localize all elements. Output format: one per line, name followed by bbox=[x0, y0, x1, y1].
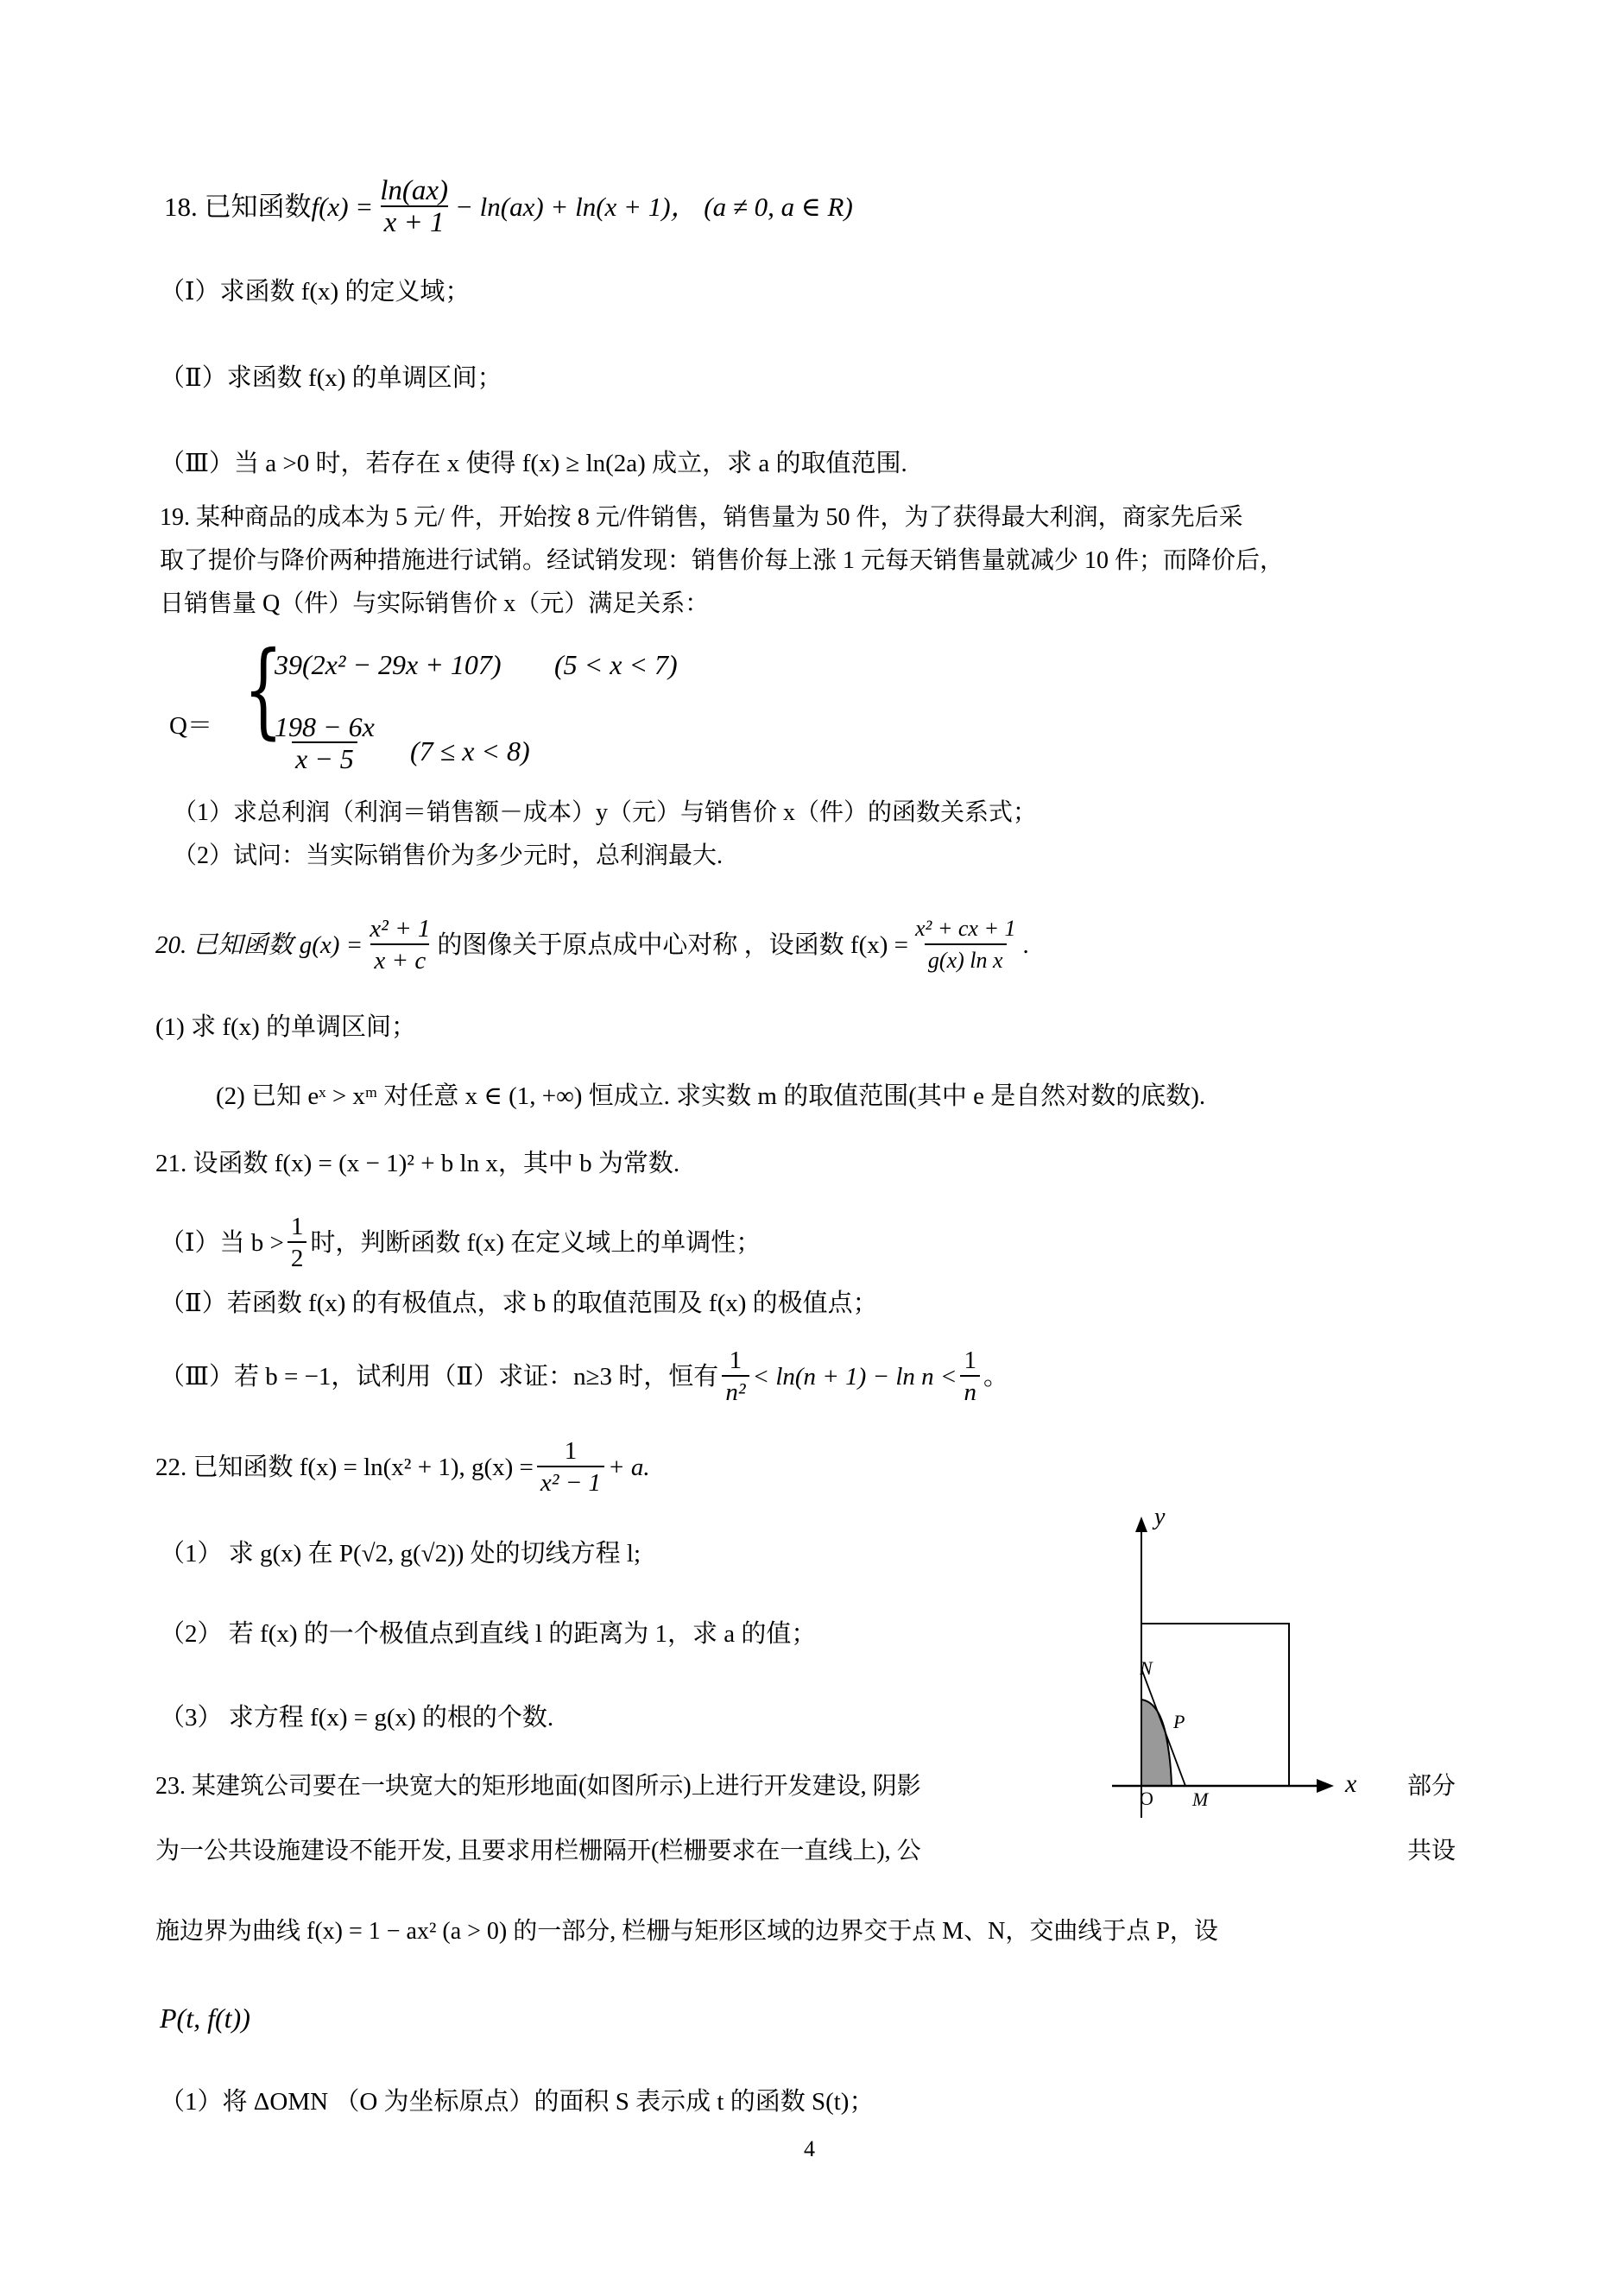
q22-g-den: x² − 1 bbox=[537, 1466, 604, 1498]
q20-f-fraction: x² + cx + 1 g(x) ln x bbox=[912, 914, 1020, 976]
q19-part2: （2）试问：当实际销售价为多少元时，总利润最大. bbox=[173, 839, 723, 874]
q19-line1: 19. 某种商品的成本为 5 元/ 件，开始按 8 元/件销售，销售量为 50 … bbox=[160, 501, 1243, 535]
q23-part1: （1）将 ΔOMN （O 为坐标原点）的面积 S 表示成 t 的函数 S(t)； bbox=[160, 2085, 874, 2119]
q21-part2: （Ⅱ）若函数 f(x) 的有极值点，求 b 的取值范围及 f(x) 的极值点； bbox=[160, 1286, 878, 1321]
q23-line2-tail: 共设 bbox=[1407, 1834, 1456, 1869]
q20-mid: 的图像关于原点成中心对称 ，设函数 f(x) = bbox=[437, 928, 908, 962]
shaded-region bbox=[1141, 1700, 1172, 1786]
q23-line3: 施边界为曲线 f(x) = 1 − ax² (a > 0) 的一部分, 栏栅与矩… bbox=[155, 1914, 1218, 1949]
q21-part1-suffix: 时，判断函数 f(x) 在定义域上的单调性； bbox=[310, 1226, 761, 1260]
q21-part3-fraction2: 1 n bbox=[960, 1346, 980, 1408]
q19-case2-fraction: 198 − 6x x − 5 bbox=[271, 712, 378, 774]
q23-line1-tail: 部分 bbox=[1407, 1769, 1456, 1804]
q18-fraction: ln(ax) x + 1 bbox=[376, 176, 452, 238]
label-x: x bbox=[1345, 1769, 1356, 1799]
q19-part1: （1）求总利润（利润＝销售额－成本）y（元）与销售价 x（件）的函数关系式； bbox=[173, 796, 1037, 830]
q19-q-label: Q＝ bbox=[169, 706, 212, 741]
q21-part1-den: 2 bbox=[288, 1241, 307, 1274]
q23-line4: P(t, f(t)) bbox=[160, 2001, 250, 2035]
q18-rest: − ln(ax) + ln(x + 1)， (a ≠ 0, a ∈ R) bbox=[455, 190, 853, 224]
q22-end: + a. bbox=[608, 1450, 650, 1485]
q19-case2-den: x − 5 bbox=[292, 741, 357, 774]
label-m: M bbox=[1192, 1788, 1208, 1811]
q21-part3-end: 。 bbox=[983, 1359, 1008, 1394]
q18-stem: 18. 已知函数 f(x) = ln(ax) x + 1 − ln(ax) + … bbox=[164, 164, 853, 250]
q21-part3-fraction1: 1 n² bbox=[722, 1346, 749, 1408]
x-axis-arrow-icon bbox=[1317, 1779, 1334, 1793]
q19-case2-num: 198 − 6x bbox=[271, 712, 378, 741]
q20-end: . bbox=[1023, 928, 1029, 962]
q21-part3-f1-num: 1 bbox=[726, 1346, 746, 1375]
q18-part3: （Ⅲ）当 a >0 时，若存在 x 使得 f(x) ≥ ln(2a) 成立，求 … bbox=[160, 446, 907, 481]
y-axis-arrow-icon bbox=[1135, 1517, 1147, 1532]
q18-frac-den: x + 1 bbox=[381, 205, 448, 238]
q22-part2: （2） 若 f(x) 的一个极值点到直线 l 的距离为 1，求 a 的值； bbox=[160, 1617, 816, 1651]
q22-stem: 22. 已知函数 f(x) = ln(x² + 1), g(x) = 1 x² … bbox=[155, 1429, 650, 1506]
q21-part3-f1-den: n² bbox=[722, 1375, 749, 1408]
label-n: N bbox=[1140, 1657, 1153, 1680]
page-number: 4 bbox=[804, 2136, 815, 2162]
q22-g-fraction: 1 x² − 1 bbox=[537, 1436, 604, 1498]
q19-line2: 取了提价与降价两种措施进行试销。经试销发现：销售价每上涨 1 元每天销售量就减少… bbox=[160, 544, 1284, 578]
q19-case2-cond: (7 ≤ x < 8) bbox=[410, 735, 530, 767]
q20-g-num: x² + 1 bbox=[366, 914, 433, 943]
q18-prefix: 18. 已知函数 bbox=[164, 190, 312, 224]
label-p: P bbox=[1173, 1711, 1185, 1733]
q22-part1: （1） 求 g(x) 在 P(√2, g(√2)) 处的切线方程 l; bbox=[160, 1536, 641, 1571]
q19-case1-expr: 39(2x² − 29x + 107) bbox=[275, 649, 502, 681]
q21-part1: （Ⅰ）当 b > 1 2 时，判断函数 f(x) 在定义域上的单调性； bbox=[160, 1204, 761, 1282]
q20-f-den: g(x) ln x bbox=[925, 943, 1007, 976]
q18-part1: （Ⅰ）求函数 f(x) 的定义域； bbox=[160, 274, 470, 309]
q23-line2: 为一公共设施建设不能开发, 且要求用栏栅隔开(栏栅要求在一直线上), 公 bbox=[155, 1834, 921, 1869]
q21-stem: 21. 设函数 f(x) = (x − 1)² + b ln x，其中 b 为常… bbox=[155, 1146, 679, 1181]
q23-line1: 23. 某建筑公司要在一块宽大的矩形地面(如图所示)上进行开发建设, 阴影 bbox=[155, 1769, 921, 1804]
q22-part3: （3） 求方程 f(x) = g(x) 的根的个数. bbox=[160, 1700, 553, 1735]
q21-part3-f2-den: n bbox=[960, 1375, 980, 1408]
q18-part2: （Ⅱ）求函数 f(x) 的单调区间； bbox=[160, 361, 502, 395]
q20-part2: (2) 已知 eˣ > xᵐ 对任意 x ∈ (1, +∞) 恒成立. 求实数 … bbox=[216, 1079, 1205, 1113]
q21-part3-prefix: （Ⅲ）若 b = −1，试利用（Ⅱ）求证：n≥3 时，恒有 bbox=[160, 1359, 718, 1394]
q21-part1-num: 1 bbox=[288, 1212, 307, 1241]
q21-part3: （Ⅲ）若 b = −1，试利用（Ⅱ）求证：n≥3 时，恒有 1 n² < ln(… bbox=[160, 1334, 1008, 1420]
q20-part1: (1) 求 f(x) 的单调区间； bbox=[155, 1010, 416, 1044]
q22-prefix: 22. 已知函数 f(x) = ln(x² + 1), g(x) = bbox=[155, 1450, 534, 1485]
q21-part1-prefix: （Ⅰ）当 b > bbox=[160, 1226, 284, 1260]
q18-frac-num: ln(ax) bbox=[376, 176, 452, 205]
q20-prefix: 20. 已知函数 g(x) = bbox=[155, 928, 363, 962]
q21-part1-fraction: 1 2 bbox=[288, 1212, 307, 1274]
q18-f-lhs: f(x) = bbox=[312, 190, 374, 224]
q21-part3-mid: < ln(n + 1) − ln n < bbox=[753, 1359, 957, 1394]
label-y: y bbox=[1154, 1504, 1165, 1531]
q19-line3: 日销售量 Q（件）与实际销售价 x（元）满足关系： bbox=[160, 587, 709, 621]
q19-case1-cond: (5 < x < 7) bbox=[554, 649, 678, 681]
q20-g-fraction: x² + 1 x + c bbox=[366, 914, 433, 976]
label-origin: O bbox=[1140, 1788, 1153, 1810]
q20-g-den: x + c bbox=[370, 943, 429, 976]
q20-stem: 20. 已知函数 g(x) = x² + 1 x + c 的图像关于原点成中心对… bbox=[155, 902, 1029, 988]
q21-part3-f2-num: 1 bbox=[960, 1346, 980, 1375]
q20-f-num: x² + cx + 1 bbox=[912, 914, 1020, 943]
q22-g-num: 1 bbox=[561, 1436, 581, 1466]
